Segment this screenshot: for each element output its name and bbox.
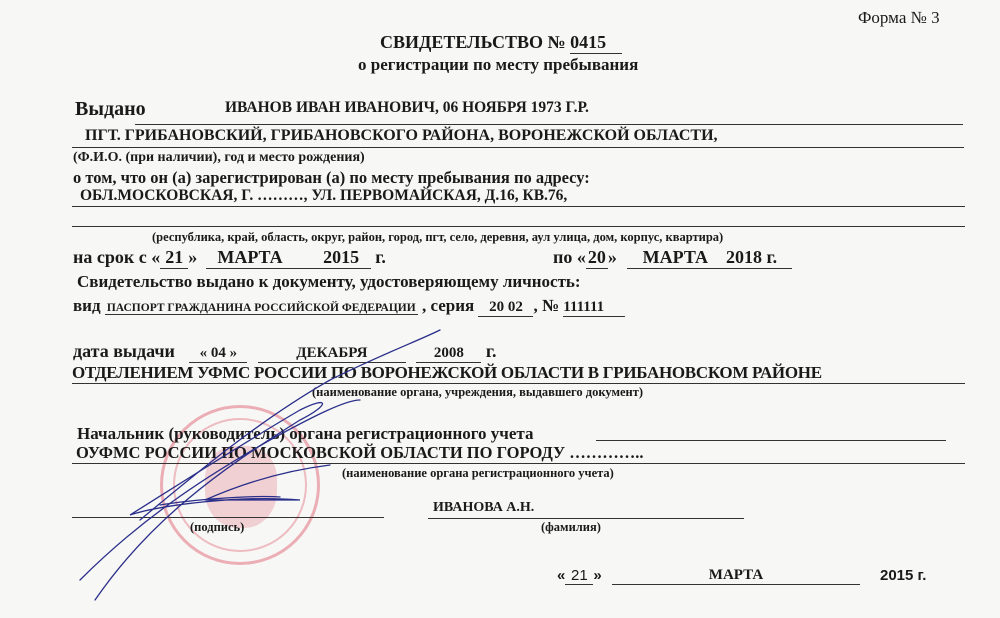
term-from-day: 21 (160, 247, 188, 269)
surname-caption: (фамилия) (541, 520, 601, 535)
issue-date-label: дата выдачи (73, 341, 175, 361)
term-to-year: 2018 г. (726, 247, 777, 267)
issue-date-year: 2008 (416, 345, 481, 363)
issuer-caption: (наименование органа, учреждения, выдавш… (312, 385, 643, 400)
issue-day: 04 (211, 345, 226, 361)
issued-to-label: Выдано (75, 98, 146, 121)
official-surname: ИВАНОВА А.Н. (433, 500, 534, 516)
term-to-label: по « (553, 247, 586, 267)
term-to-month-year: МАРТА 2018 г. (627, 247, 792, 269)
document-intro: Свидетельство выдано к документу, удосто… (77, 272, 581, 292)
birthplace-underline (72, 147, 964, 148)
term-to-row: по «20» МАРТА 2018 г. (553, 247, 792, 269)
title-prefix: СВИДЕТЕЛЬСТВО № (380, 32, 566, 52)
signature-caption: (подпись) (190, 520, 244, 535)
footer-date-day-wrap: «21» (557, 567, 602, 585)
term-from-year: 2015 (323, 247, 359, 267)
term-from-month: МАРТА (217, 247, 282, 267)
document-row: вид ПАСПОРТ ГРАЖДАНИНА РОССИЙСКОЙ ФЕДЕРА… (73, 296, 625, 317)
certificate-subtitle: о регистрации по месту пребывания (358, 55, 638, 75)
issuer-value: ОТДЕЛЕНИЕМ УФМС РОССИИ ПО ВОРОНЕЖСКОЙ ОБ… (72, 363, 822, 383)
address-label: о том, что он (а) зарегистрирован (а) по… (73, 168, 590, 188)
form-number: Форма № 3 (858, 8, 940, 28)
document-type-label: вид (73, 296, 101, 315)
registration-body-value: ОУФМС РОССИИ ПО МОСКОВСКОЙ ОБЛАСТИ ПО ГО… (76, 443, 644, 463)
signature-line (72, 517, 384, 518)
term-from-year-suffix: г. (375, 247, 386, 267)
footer-date-month: МАРТА (612, 567, 860, 585)
holder-caption: (Ф.И.О. (при наличии), год и место рожде… (73, 150, 365, 166)
certificate-number: 0415 (570, 32, 622, 54)
holder-name: ИВАНОВ ИВАН ИВАНОВИЧ, 06 НОЯБРЯ 1973 Г.Р… (225, 99, 589, 117)
document-type-value: ПАСПОРТ ГРАЖДАНИНА РОССИЙСКОЙ ФЕДЕРАЦИИ (105, 302, 418, 315)
term-row: на срок с «21» МАРТА 2015 г. (73, 247, 386, 269)
issuer-underline (72, 383, 965, 384)
holder-name-underline (135, 124, 963, 125)
footer-date-year: 2015 г. (880, 567, 926, 584)
footer-date-day: 21 (565, 567, 593, 585)
document-number-label: , № (533, 296, 559, 315)
document-series-label: , серия (422, 296, 474, 315)
registration-head-label: Начальник (руководитель) органа регистра… (77, 424, 534, 444)
address-underline-1 (72, 206, 965, 207)
quote-close: » (608, 247, 617, 267)
term-from-month-year: МАРТА 2015 (206, 247, 371, 269)
issue-date-month: ДЕКАБРЯ (258, 345, 406, 363)
certificate-title: СВИДЕТЕЛЬСТВО № 0415 (380, 32, 622, 54)
address-value: ОБЛ.МОСКОВСКАЯ, Г. ………, УЛ. ПЕРВОМАЙСКАЯ… (80, 187, 567, 205)
issue-date-year-suffix: г. (486, 341, 497, 361)
term-label: на срок с « (73, 247, 160, 267)
document-number-value: 111111 (563, 299, 625, 317)
registration-body-underline (72, 463, 965, 464)
term-to-day: 20 (586, 247, 608, 269)
registration-body-caption: (наименование органа регистрационного уч… (342, 466, 614, 481)
surname-line (428, 518, 744, 519)
quote-close: » (188, 247, 197, 267)
address-underline-2 (72, 226, 965, 227)
holder-birthplace: ПГТ. ГРИБАНОВСКИЙ, ГРИБАНОВСКОГО РАЙОНА,… (85, 127, 718, 145)
issue-date-day: « 04 » (189, 345, 247, 363)
address-caption: (республика, край, область, округ, район… (152, 230, 723, 245)
document-series-value: 20 02 (478, 299, 533, 317)
issue-date-row: дата выдачи « 04 » ДЕКАБРЯ 2008 г. (73, 341, 497, 363)
registration-head-underline (596, 440, 946, 441)
term-to-month: МАРТА (643, 247, 708, 267)
